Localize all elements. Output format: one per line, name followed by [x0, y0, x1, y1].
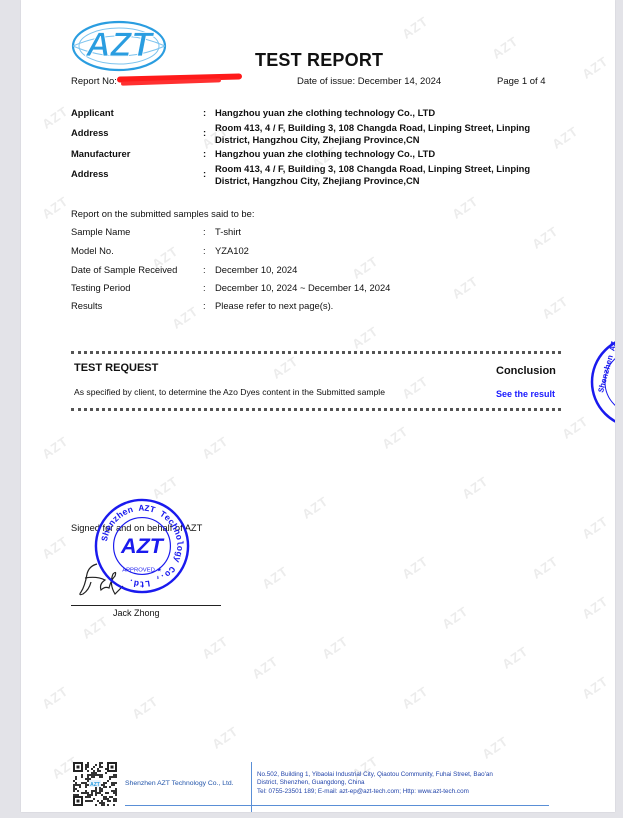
field-label: Testing Period	[71, 282, 130, 293]
svg-text:AZT: AZT	[120, 533, 165, 558]
address-value: Room 413, 4 / F, Building 3, 108 Changda…	[215, 163, 565, 187]
date-of-issue-value: December 14, 2024	[358, 76, 441, 87]
watermark-text: AZT	[489, 33, 521, 62]
field-label: Sample Name	[71, 226, 130, 237]
watermark-text: AZT	[399, 553, 431, 582]
watermark-text: AZT	[259, 563, 291, 592]
address-label: Address	[71, 127, 109, 138]
field-value: Please refer to next page(s).	[215, 300, 565, 312]
watermark-text: AZT	[439, 603, 471, 632]
footer-divider	[251, 762, 252, 812]
field-value: T-shirt	[215, 226, 565, 238]
watermark-text: AZT	[459, 473, 491, 502]
field-label: Model No.	[71, 245, 114, 256]
test-request-description: As specified by client, to determine the…	[74, 387, 385, 397]
applicant-label: Applicant	[71, 107, 114, 118]
date-of-issue: Date of issue: December 14, 2024	[297, 76, 441, 87]
svg-text:APPROVED ★: APPROVED ★	[122, 566, 162, 573]
applicant-value: Hangzhou yuan zhe clothing technology Co…	[215, 107, 565, 119]
edge-stamp-icon: Shenzhen AZ	[589, 333, 615, 431]
watermark-text: AZT	[579, 593, 611, 622]
watermark-text: AZT	[349, 323, 381, 352]
watermark-text: AZT	[129, 693, 161, 722]
watermark-text: AZT	[209, 723, 241, 752]
field-value: YZA102	[215, 245, 565, 257]
address-value: Room 413, 4 / F, Building 3, 108 Changda…	[215, 122, 565, 146]
watermark-text: AZT	[199, 633, 231, 662]
watermark-text: AZT	[449, 193, 481, 222]
watermark-text: AZT	[559, 413, 591, 442]
watermark-text: AZT	[479, 733, 511, 762]
manufacturer-value: Hangzhou yuan zhe clothing technology Co…	[215, 148, 565, 160]
field-value: December 10, 2024	[215, 264, 565, 276]
watermark-text: AZT	[269, 353, 301, 382]
watermark-text: AZT	[579, 53, 611, 82]
report-no-label: Report No:	[71, 76, 117, 87]
watermark-text: AZT	[529, 553, 561, 582]
watermark-text: AZT	[579, 513, 611, 542]
document-page: AZTAZTAZTAZTAZTAZTAZTAZTAZTAZTAZTAZTAZTA…	[21, 0, 615, 812]
footer-contact: Tel: 0755-23501 189; E-mail: azt-ep@azt-…	[257, 788, 469, 795]
date-of-issue-label: Date of issue:	[297, 76, 355, 87]
field-value: December 10, 2024 ~ December 14, 2024	[215, 282, 565, 294]
watermark-text: AZT	[39, 193, 71, 222]
footer-divider	[125, 805, 549, 806]
qr-code-icon: AZT	[73, 762, 117, 806]
report-title: TEST REPORT	[255, 50, 383, 71]
page-indicator: Page 1 of 4	[497, 76, 546, 87]
azt-logo-icon: AZT	[69, 12, 169, 76]
manufacturer-label: Manufacturer	[71, 148, 130, 159]
signature-line	[71, 605, 221, 606]
watermark-text: AZT	[39, 433, 71, 462]
conclusion-heading: Conclusion	[496, 365, 556, 377]
test-request-heading: TEST REQUEST	[74, 362, 158, 374]
watermark-text: AZT	[319, 633, 351, 662]
watermark-text: AZT	[199, 433, 231, 462]
divider	[71, 408, 561, 411]
watermark-text: AZT	[79, 613, 111, 642]
watermark-text: AZT	[379, 423, 411, 452]
divider	[71, 351, 561, 354]
signatory-name: Jack Zhong	[113, 608, 160, 618]
field-label: Results	[71, 300, 102, 311]
watermark-text: AZT	[39, 683, 71, 712]
watermark-text: AZT	[39, 103, 71, 132]
address-label: Address	[71, 168, 109, 179]
svg-text:AZT: AZT	[90, 782, 100, 788]
field-label: Date of Sample Received	[71, 264, 177, 275]
approval-stamp-icon: Shenzhen AZT Technology Co., Ltd. AZT AP…	[93, 497, 191, 595]
watermark-text: AZT	[399, 683, 431, 712]
footer-address: No.502, Building 1, Yibaolai Industrial …	[257, 771, 557, 796]
see-result-link[interactable]: See the result	[496, 389, 555, 399]
footer-company: Shenzhen AZT Technology Co., Ltd.	[125, 780, 234, 787]
svg-text:AZT: AZT	[85, 26, 155, 64]
watermark-text: AZT	[249, 653, 281, 682]
watermark-text: AZT	[499, 643, 531, 672]
watermark-text: AZT	[169, 303, 201, 332]
watermark-text: AZT	[579, 673, 611, 702]
watermark-text: AZT	[39, 533, 71, 562]
watermark-text: AZT	[299, 493, 331, 522]
watermark-text: AZT	[399, 13, 431, 42]
watermark-text: AZT	[399, 373, 431, 402]
